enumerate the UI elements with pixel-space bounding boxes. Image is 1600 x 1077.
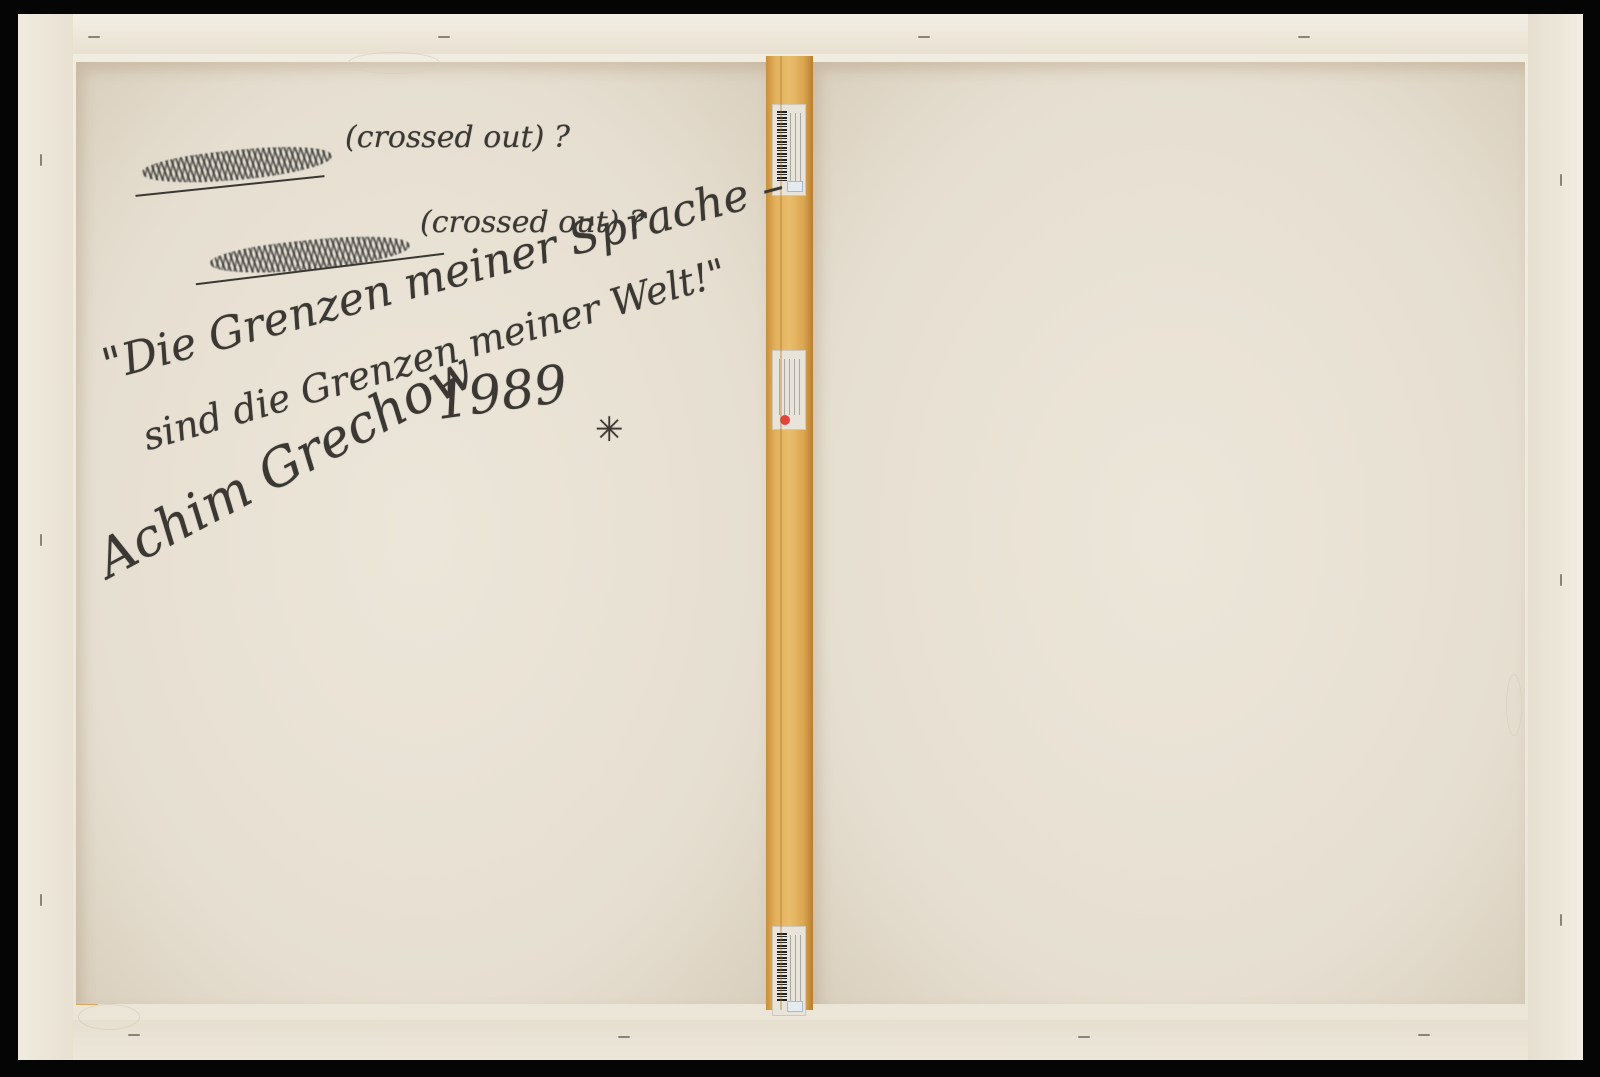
label-text [790, 113, 802, 181]
typed-label-middle [772, 350, 806, 430]
loose-thread [1506, 674, 1522, 736]
photo-background: (crossed out) ? (crossed out) ? "Die Gre… [0, 0, 1600, 1077]
staple [1078, 1036, 1090, 1038]
frame-left-edge [18, 14, 73, 1060]
loose-thread [78, 1004, 140, 1030]
small-sticker [787, 181, 803, 192]
barcode [777, 933, 787, 1001]
star-mark-icon: ✳ [595, 410, 624, 450]
small-sticker [787, 1001, 803, 1012]
question-mark-1: (crossed out) ? [345, 120, 570, 155]
staple [1418, 1034, 1430, 1036]
staple [618, 1036, 630, 1038]
barcode-label-bottom [772, 926, 806, 1016]
staple [1560, 574, 1562, 586]
label-text [779, 359, 802, 415]
loose-thread [348, 52, 440, 74]
staple [40, 154, 42, 166]
staple [1560, 914, 1562, 926]
frame-top-edge [18, 14, 1583, 54]
staple [88, 36, 100, 38]
staple [918, 36, 930, 38]
frame-bottom-edge [18, 1020, 1583, 1060]
staple [1560, 174, 1562, 186]
staple [40, 534, 42, 546]
staple [438, 36, 450, 38]
staple [40, 894, 42, 906]
frame-right-edge [1528, 14, 1583, 1060]
red-dot-sticker [780, 415, 790, 425]
label-text [790, 935, 802, 1001]
staple [128, 1034, 140, 1036]
canvas-right-panel [813, 62, 1525, 1004]
staple [1298, 36, 1310, 38]
